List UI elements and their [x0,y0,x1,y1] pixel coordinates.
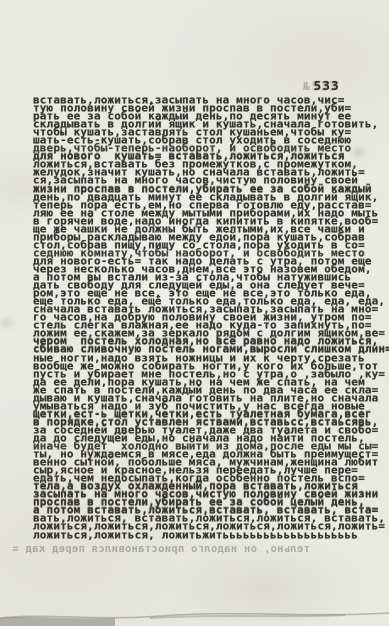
text-line: ложиться,ложиться, ложитьжитьььььььььььь… [33,532,387,540]
page-number: №533 [303,78,340,93]
typewritten-text: вставать,ложиться,засыпать на много часо… [33,97,387,543]
scanned-page: №533 вставать,ложиться,засыпать на много… [0,0,389,626]
mirrored-ink-offset-line: тельно, он надолго приостановился перед … [10,543,310,555]
page-number-ghost-mark: № [303,80,310,93]
paper-stain [2,320,12,326]
page-number-value: 533 [314,78,340,93]
scan-bottom-edge-shadow [0,604,389,626]
paper-stain [352,148,366,157]
